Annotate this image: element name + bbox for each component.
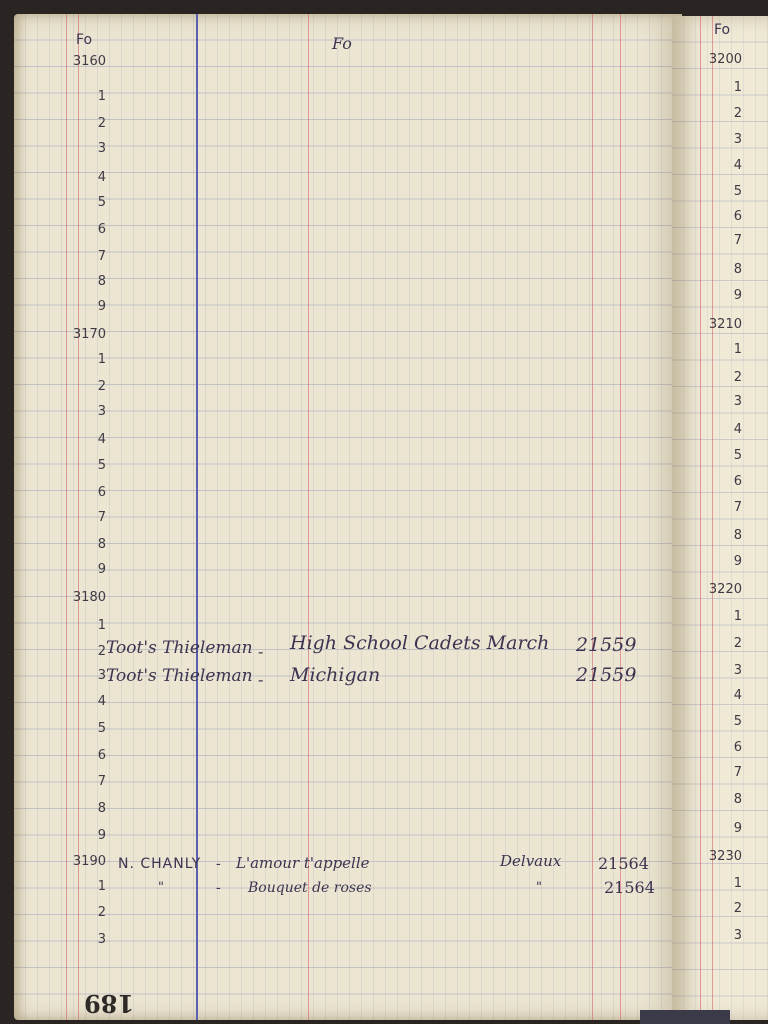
row-number: 7 <box>734 765 742 780</box>
row-number: 3 <box>734 394 742 409</box>
row-number: 2 <box>98 905 106 920</box>
row-number: 5 <box>98 458 106 473</box>
header-folio-center: Fo <box>332 34 352 53</box>
entry-publisher-ditto: " <box>536 880 542 895</box>
row-number: 3 <box>98 404 106 419</box>
row-number: 1 <box>734 609 742 624</box>
row-number: 9 <box>734 554 742 569</box>
row-number: 3190 <box>73 854 106 869</box>
row-number: 7 <box>734 233 742 248</box>
row-number: 2 <box>98 116 106 131</box>
entry-artist: Toot's Thieleman <box>106 638 253 658</box>
entry-title: Michigan <box>290 664 380 686</box>
entry-number: 21564 <box>604 878 655 897</box>
row-number: 9 <box>98 299 106 314</box>
row-number: 3230 <box>709 849 742 864</box>
row-number: 8 <box>98 274 106 289</box>
row-number: 7 <box>98 249 106 264</box>
row-number: 5 <box>734 714 742 729</box>
row-number: 6 <box>98 748 106 763</box>
row-number: 8 <box>734 792 742 807</box>
ledger-right-page: Fo 3200123456789321012345678932201234567… <box>672 16 768 1020</box>
row-number: 9 <box>98 828 106 843</box>
entry-artist: Toot's Thieleman <box>106 666 253 686</box>
row-number: 6 <box>98 485 106 500</box>
row-number: 3 <box>734 132 742 147</box>
row-number: 2 <box>734 106 742 121</box>
row-number: 4 <box>98 432 106 447</box>
row-number: 4 <box>98 694 106 709</box>
row-number: 2 <box>98 379 106 394</box>
row-number: 8 <box>734 528 742 543</box>
entry-separator: - <box>258 670 263 689</box>
row-number: 4 <box>98 170 106 185</box>
row-number: 9 <box>734 821 742 836</box>
row-number: 5 <box>98 195 106 210</box>
row-number: 7 <box>98 510 106 525</box>
entry-separator: - <box>216 856 221 872</box>
row-number: 4 <box>734 158 742 173</box>
row-number: 3 <box>734 663 742 678</box>
entry-artist-ditto: " <box>158 880 164 895</box>
row-number: 2 <box>98 644 106 659</box>
row-number: 1 <box>734 876 742 891</box>
row-number-column: 3160123456789317012345678931801234567893… <box>14 14 106 1020</box>
row-number: 7 <box>98 774 106 789</box>
row-number: 3160 <box>73 54 106 69</box>
row-number: 3210 <box>709 317 742 332</box>
column-line-red <box>592 14 593 1020</box>
row-number: 5 <box>734 448 742 463</box>
row-number: 4 <box>734 422 742 437</box>
row-number: 1 <box>734 80 742 95</box>
entry-separator: - <box>258 642 263 661</box>
row-number: 3170 <box>73 327 106 342</box>
book-edge <box>640 1010 730 1024</box>
entry-title: L'amour t'appelle <box>236 854 370 872</box>
row-number: 1 <box>734 342 742 357</box>
entry-number: 21559 <box>576 664 636 686</box>
row-number: 5 <box>98 721 106 736</box>
row-number: 6 <box>734 740 742 755</box>
row-number: 3 <box>98 932 106 947</box>
entry-separator: - <box>216 880 221 896</box>
row-number: 8 <box>98 801 106 816</box>
row-number: 8 <box>98 537 106 552</box>
row-number: 2 <box>734 636 742 651</box>
row-number: 6 <box>98 222 106 237</box>
row-number: 3180 <box>73 590 106 605</box>
entry-title: High School Cadets March <box>290 632 549 654</box>
entry-title: Bouquet de roses <box>248 880 372 896</box>
entry-publisher: Delvaux <box>500 852 561 870</box>
row-number: 1 <box>98 879 106 894</box>
row-number: 6 <box>734 474 742 489</box>
row-number: 3200 <box>709 52 742 67</box>
entry-number: 21559 <box>576 634 636 656</box>
row-number: 2 <box>734 370 742 385</box>
row-number: 1 <box>98 352 106 367</box>
row-number: 3220 <box>709 582 742 597</box>
row-number: 2 <box>734 901 742 916</box>
entry-artist: N. CHANLY <box>118 856 201 872</box>
row-number: 3 <box>98 141 106 156</box>
row-number: 3 <box>734 928 742 943</box>
row-number: 9 <box>734 288 742 303</box>
row-number: 7 <box>734 500 742 515</box>
row-number: 1 <box>98 618 106 633</box>
page-number: 189 <box>84 989 134 1018</box>
row-number-column: 3200123456789321012345678932201234567893… <box>672 16 742 1020</box>
row-number: 3 <box>98 668 106 683</box>
row-number: 8 <box>734 262 742 277</box>
row-number: 6 <box>734 209 742 224</box>
row-number: 5 <box>734 184 742 199</box>
row-number: 4 <box>734 688 742 703</box>
row-number: 1 <box>98 89 106 104</box>
entry-number: 21564 <box>598 854 649 873</box>
row-number: 9 <box>98 562 106 577</box>
ledger-left-page: Fo Fo 3160123456789317012345678931801234… <box>14 14 682 1020</box>
